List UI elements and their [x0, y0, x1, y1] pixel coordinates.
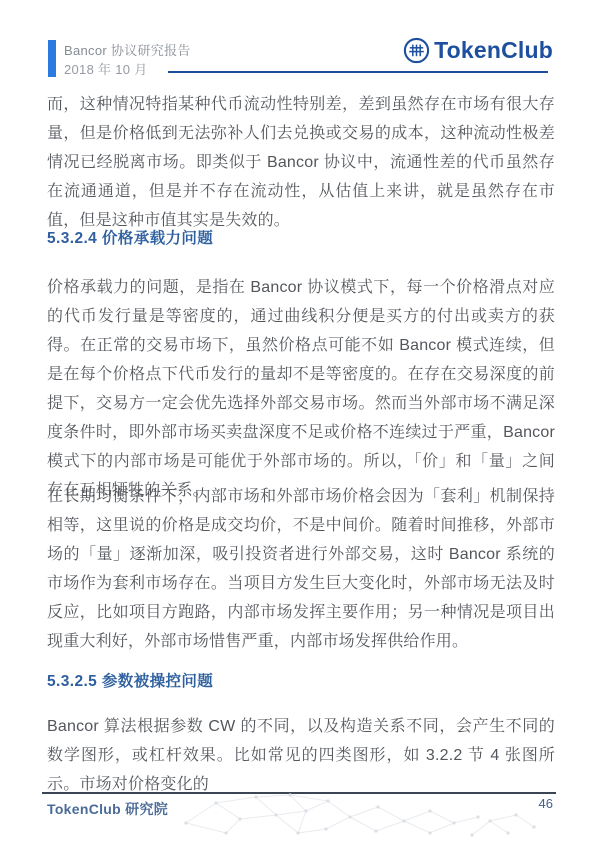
section-heading-5324: 5.3.2.4 价格承载力问题	[47, 226, 555, 248]
paragraph: 而，这种情况特指某种代币流动性特别差，差到虽然存在市场有很大存量，但是价格低到无…	[47, 90, 555, 235]
header-divider	[168, 71, 548, 73]
footer-divider	[42, 792, 556, 794]
header-accent-bar	[48, 40, 56, 77]
report-date: 2018 年 10 月	[64, 59, 148, 78]
footer-org-name: TokenClub 研究院	[47, 799, 168, 819]
tokenclub-logo-text: TokenClub	[434, 37, 553, 64]
paragraph: Bancor 算法根据参数 CW 的不同，以及构造关系不同，会产生不同的数学图形…	[47, 712, 555, 799]
paragraph: 价格承载力的问题，是指在 Bancor 协议模式下，每一个价格滑点对应的代币发行…	[47, 273, 555, 505]
report-title: Bancor 协议研究报告	[64, 40, 191, 59]
constellation-decoration	[178, 793, 543, 837]
paragraph: 在长期均衡条件下，内部市场和外部市场价格会因为「套利」机制保持相等，这里说的价格…	[47, 482, 555, 656]
page-number: 46	[539, 796, 553, 811]
section-heading-5325: 5.3.2.5 参数被操控问题	[47, 669, 555, 691]
tokenclub-logo-icon	[403, 37, 430, 64]
tokenclub-logo: TokenClub	[403, 37, 553, 64]
document-page: Bancor 协议研究报告 2018 年 10 月 TokenClub 而，这种…	[0, 0, 600, 866]
